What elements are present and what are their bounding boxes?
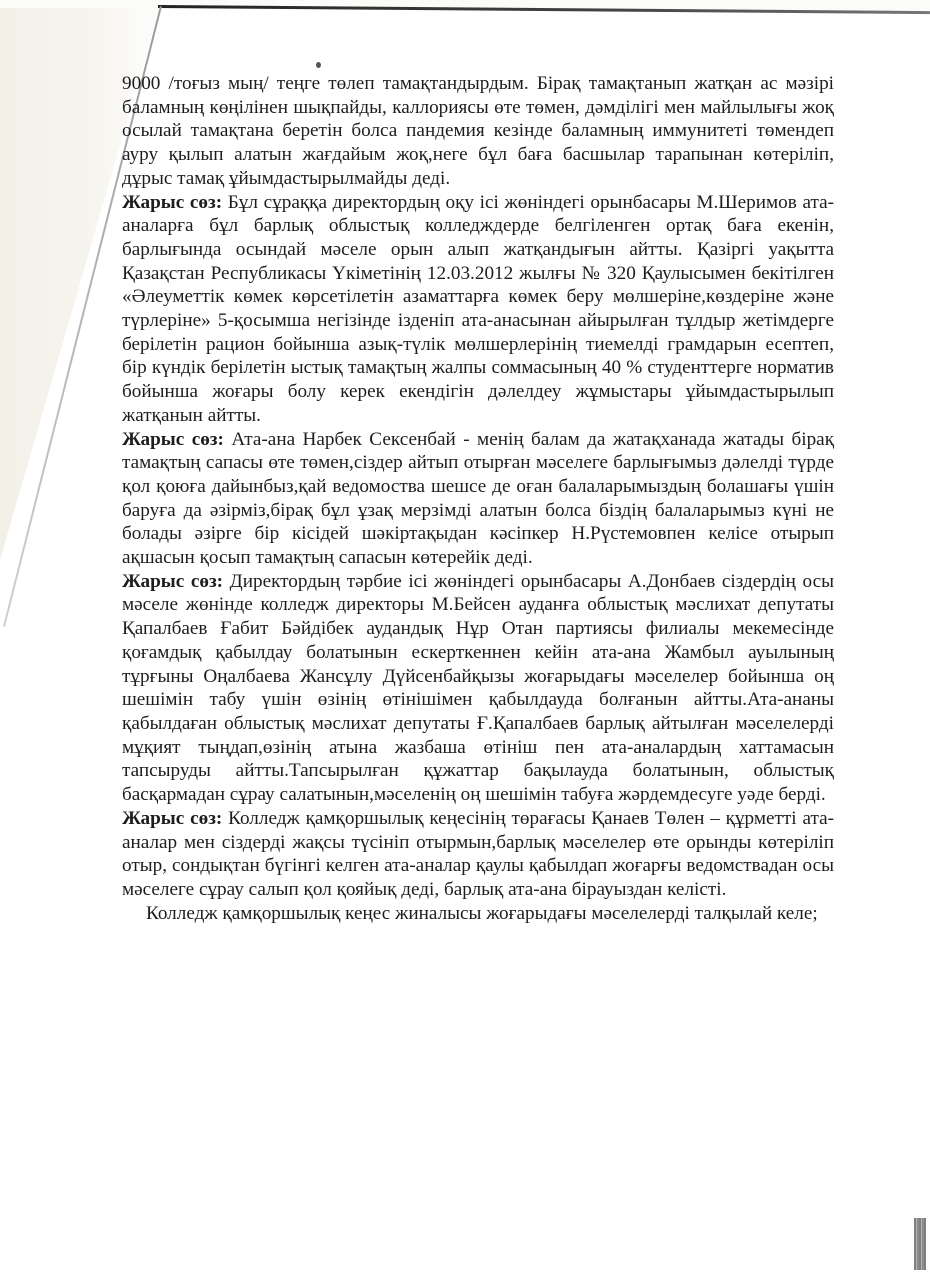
paragraph-discussion-4: Жарыс сөз: Колледж қамқоршылық кеңесінің… bbox=[122, 807, 834, 902]
paragraph-discussion-3: Жарыс сөз: Директордың тәрбие ісі жөнінд… bbox=[122, 570, 834, 807]
paragraph-text: Колледж қамқоршылық кеңесінің төрағасы Қ… bbox=[122, 808, 834, 900]
scan-artifact bbox=[914, 1218, 926, 1270]
paragraph-conclusion: Колледж қамқоршылық кеңес жиналысы жоғар… bbox=[122, 902, 834, 926]
paragraph-lead: Жарыс сөз: bbox=[122, 429, 224, 450]
paragraph-text: Директордың тәрбие ісі жөніндегі орынбас… bbox=[122, 571, 834, 805]
paragraph-intro: 9000 /тоғыз мың/ теңге төлеп тамақтандыр… bbox=[122, 72, 834, 191]
paragraph-lead: Жарыс сөз: bbox=[122, 808, 222, 829]
paragraph-text: Ата-ана Нарбек Сексенбай - менің балам д… bbox=[122, 429, 834, 569]
paragraph-lead: Жарыс сөз: bbox=[122, 192, 222, 213]
paragraph-text: 9000 /тоғыз мың/ теңге төлеп тамақтандыр… bbox=[122, 73, 834, 189]
paragraph-lead: Жарыс сөз: bbox=[122, 571, 223, 592]
scan-speck bbox=[316, 62, 321, 68]
document-body: 9000 /тоғыз мың/ теңге төлеп тамақтандыр… bbox=[122, 72, 834, 925]
paragraph-discussion-2: Жарыс сөз: Ата-ана Нарбек Сексенбай - ме… bbox=[122, 428, 834, 570]
paragraph-discussion-1: Жарыс сөз: Бұл сұраққа директордың оқу і… bbox=[122, 191, 834, 428]
paragraph-text: Бұл сұраққа директордың оқу ісі жөніндег… bbox=[122, 192, 834, 426]
paragraph-text: Колледж қамқоршылық кеңес жиналысы жоғар… bbox=[146, 903, 818, 924]
